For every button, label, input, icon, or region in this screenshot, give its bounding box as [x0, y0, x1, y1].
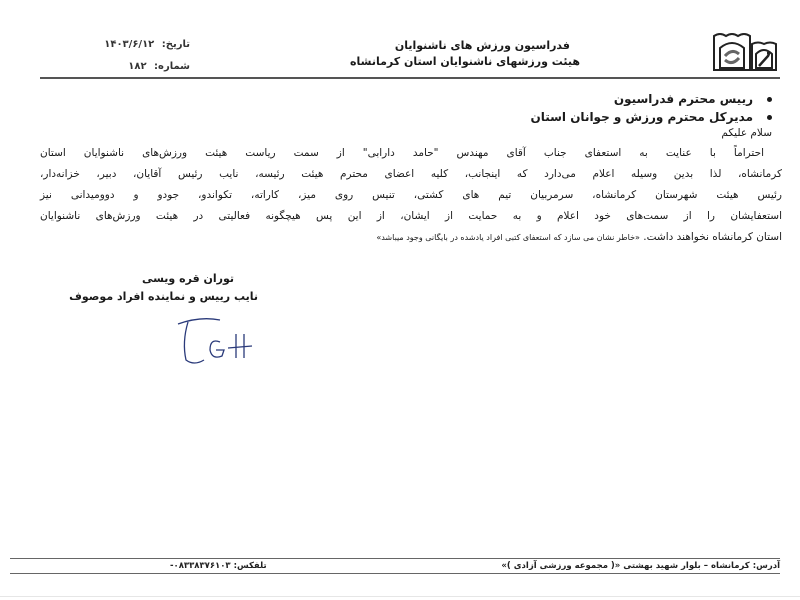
- recipient-item: مدیرکل محترم ورزش و جوانان استان: [530, 108, 772, 126]
- greeting: سلام علیکم: [721, 126, 772, 140]
- number-value: ۱۸۲: [128, 61, 146, 72]
- body-line: رئیس هیئت شهرستان کرمانشاه، سرمربیان تیم…: [40, 185, 782, 206]
- date-label: تاریخ:: [162, 39, 190, 50]
- number-row: شماره: ۱۸۲: [70, 56, 190, 78]
- bullet-icon: [767, 115, 772, 120]
- body-closing: استان کرمانشاه نخواهند داشت.: [643, 231, 782, 243]
- board-title: هیئت ورزشهای ناشنوایان استان کرمانشاه: [250, 54, 580, 70]
- footer-divider-bottom: [10, 573, 780, 574]
- body-line: کرمانشاه، لذا بدین وسیله اعلام می‌دارد ک…: [40, 164, 782, 185]
- recipients-list: رییس محترم فدراسیون مدیرکل محترم ورزش و …: [530, 90, 772, 126]
- organization-header: فدراسیون ورزش های ناشنوایان هیئت ورزشهای…: [250, 38, 580, 70]
- letter-meta: تاریخ: ۱۴۰۳/۶/۱۲ شماره: ۱۸۲: [70, 34, 190, 78]
- number-label: شماره:: [154, 61, 190, 72]
- date-row: تاریخ: ۱۴۰۳/۶/۱۲: [70, 34, 190, 56]
- federation-title: فدراسیون ورزش های ناشنوایان: [250, 38, 580, 54]
- letter-page: فدراسیون ورزش های ناشنوایان هیئت ورزشهای…: [0, 0, 800, 600]
- body-line-last: استان کرمانشاه نخواهند داشت. «خاطر نشان …: [40, 227, 782, 248]
- body-line: احتراماً با عنایت به استعفای جناب آقای م…: [40, 143, 782, 164]
- footer-address: آدرس: کرمانشاه – بلوار شهید بهشتی «( مجم…: [501, 560, 780, 572]
- gate-emblem-icon: [712, 26, 780, 72]
- signer-name: توران قره ویسی: [118, 270, 258, 288]
- page-edge: [0, 596, 800, 597]
- signer-role: نایب رییس و نماینده افراد موصوف: [118, 288, 258, 306]
- bullet-icon: [767, 97, 772, 102]
- body-line: استعفایشان را از سمت‌های خود اعلام و به …: [40, 206, 782, 227]
- signature-block: توران قره ویسی نایب رییس و نماینده افراد…: [118, 270, 258, 306]
- letter-body: احتراماً با عنایت به استعفای جناب آقای م…: [40, 143, 782, 248]
- handwritten-signature-icon: [170, 312, 290, 372]
- recipient-item: رییس محترم فدراسیون: [530, 90, 772, 108]
- footer-phone: تلفکس: ۰۸۳۳۸۳۷۶۱۰۳-: [170, 560, 267, 572]
- header-divider: [40, 77, 780, 79]
- archive-note: «خاطر نشان می سازد که استعفای کتبی افراد…: [376, 233, 640, 242]
- date-value: ۱۴۰۳/۶/۱۲: [104, 39, 154, 50]
- footer-divider-top: [10, 558, 780, 559]
